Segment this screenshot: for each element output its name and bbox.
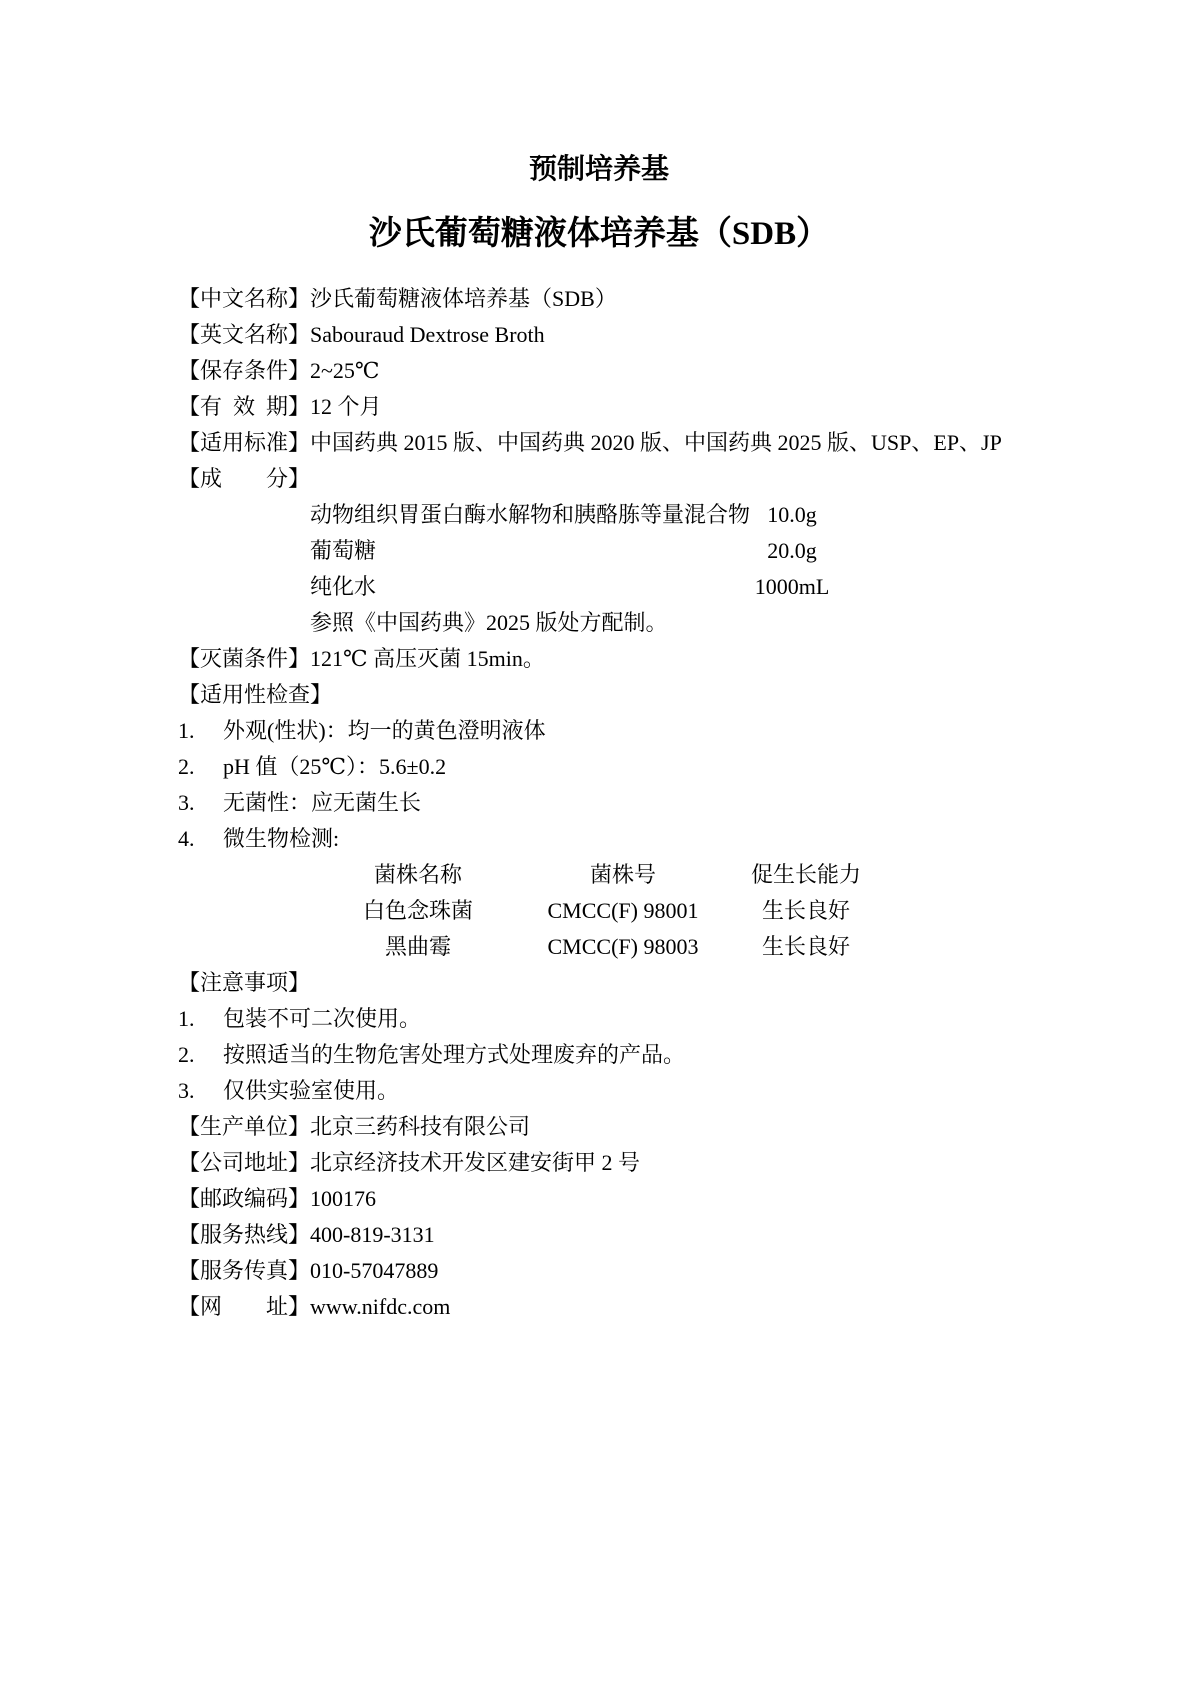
field-label: 【保存条件】 xyxy=(178,358,310,383)
microbe-table-row: 黑曲霉 CMCC(F) 98003 生长良好 xyxy=(178,929,1040,965)
item-number: 1. xyxy=(178,713,223,749)
item-text: 按照适当的生物危害处理方式处理废弃的产品。 xyxy=(223,1042,685,1067)
cell-strain-name: 白色念珠菌 xyxy=(308,893,528,929)
field-label: 【邮政编码】 xyxy=(178,1186,310,1211)
cell-growth-result: 生长良好 xyxy=(696,929,916,965)
field-label: 【中文名称】 xyxy=(178,286,310,311)
precautions-heading: 【注意事项】 xyxy=(178,965,1040,1001)
suitability-item: 2.pH 值（25℃）：5.6±0.2 xyxy=(178,749,1040,785)
document-body: 【中文名称】沙氏葡萄糖液体培养基（SDB） 【英文名称】Sabouraud De… xyxy=(178,281,1040,1325)
field-label: 【服务热线】 xyxy=(178,1222,310,1247)
document-subtitle: 沙氏葡萄糖液体培养基（SDB） xyxy=(178,212,1040,256)
item-text: 无菌性：应无菌生长 xyxy=(223,790,421,815)
ingredient-amount: 1000mL xyxy=(712,569,872,605)
item-text: 微生物检测: xyxy=(223,826,339,851)
field-storage-condition: 【保存条件】2~25℃ xyxy=(178,353,1040,389)
precaution-item: 2.按照适当的生物危害处理方式处理废弃的产品。 xyxy=(178,1037,1040,1073)
document-title: 预制培养基 xyxy=(178,148,1040,192)
item-text: 仅供实验室使用。 xyxy=(223,1078,399,1103)
item-number: 3. xyxy=(178,1073,223,1109)
precaution-item: 1.包装不可二次使用。 xyxy=(178,1001,1040,1037)
field-value: 121℃ 高压灭菌 15min。 xyxy=(310,646,545,671)
field-value: 12 个月 xyxy=(310,394,382,419)
column-header-growth-promotion: 促生长能力 xyxy=(696,857,916,893)
suitability-item: 3.无菌性：应无菌生长 xyxy=(178,785,1040,821)
column-header-strain-name: 菌株名称 xyxy=(308,857,528,893)
field-value: 北京三药科技有限公司 xyxy=(310,1114,530,1139)
item-number: 2. xyxy=(178,749,223,785)
field-applicable-standards: 【适用标准】中国药典 2015 版、中国药典 2020 版、中国药典 2025 … xyxy=(178,425,1040,461)
field-value: 010-57047889 xyxy=(310,1258,438,1283)
field-english-name: 【英文名称】Sabouraud Dextrose Broth xyxy=(178,317,1040,353)
item-number: 2. xyxy=(178,1037,223,1073)
ingredient-name: 纯化水 xyxy=(310,574,376,599)
item-number: 1. xyxy=(178,1001,223,1037)
item-text: 包装不可二次使用。 xyxy=(223,1006,421,1031)
field-sterilization: 【灭菌条件】121℃ 高压灭菌 15min。 xyxy=(178,641,1040,677)
field-label: 【网 址】 xyxy=(178,1294,310,1319)
field-value: www.nifdc.com xyxy=(310,1294,450,1319)
field-label: 【服务传真】 xyxy=(178,1258,310,1283)
field-chinese-name: 【中文名称】沙氏葡萄糖液体培养基（SDB） xyxy=(178,281,1040,317)
item-number: 4. xyxy=(178,821,223,857)
ingredient-name: 葡萄糖 xyxy=(310,538,376,563)
field-value: 沙氏葡萄糖液体培养基（SDB） xyxy=(310,286,617,311)
field-service-fax: 【服务传真】010-57047889 xyxy=(178,1253,1040,1289)
field-shelf-life: 【有 效 期】12 个月 xyxy=(178,389,1040,425)
microbe-table-row: 白色念珠菌 CMCC(F) 98001 生长良好 xyxy=(178,893,1040,929)
field-value: 中国药典 2015 版、中国药典 2020 版、中国药典 2025 版、USP、… xyxy=(310,430,1002,455)
field-website: 【网 址】www.nifdc.com xyxy=(178,1289,1040,1325)
field-label: 【公司地址】 xyxy=(178,1150,310,1175)
field-label: 【成 分】 xyxy=(178,466,310,491)
ingredient-name: 动物组织胃蛋白酶水解物和胰酪胨等量混合物 xyxy=(310,502,750,527)
field-label: 【英文名称】 xyxy=(178,322,310,347)
field-value: 北京经济技术开发区建安街甲 2 号 xyxy=(310,1150,640,1175)
composition-note: 参照《中国药典》2025 版处方配制。 xyxy=(178,605,1040,641)
item-text: pH 值（25℃）：5.6±0.2 xyxy=(223,754,446,779)
field-service-hotline: 【服务热线】400-819-3131 xyxy=(178,1217,1040,1253)
ingredient-amount: 20.0g xyxy=(712,533,872,569)
field-label: 【有 效 期】 xyxy=(178,394,310,419)
field-composition-heading: 【成 分】 xyxy=(178,461,1040,497)
field-manufacturer: 【生产单位】北京三药科技有限公司 xyxy=(178,1109,1040,1145)
field-label: 【适用标准】 xyxy=(178,430,310,455)
field-value: Sabouraud Dextrose Broth xyxy=(310,322,545,347)
field-label: 【生产单位】 xyxy=(178,1114,310,1139)
item-number: 3. xyxy=(178,785,223,821)
suitability-item: 4.微生物检测: xyxy=(178,821,1040,857)
document-content: 预制培养基 沙氏葡萄糖液体培养基（SDB） 【中文名称】沙氏葡萄糖液体培养基（S… xyxy=(0,0,1190,1325)
cell-strain-name: 黑曲霉 xyxy=(308,929,528,965)
ingredient-amount: 10.0g xyxy=(712,497,872,533)
field-company-address: 【公司地址】北京经济技术开发区建安街甲 2 号 xyxy=(178,1145,1040,1181)
ingredient-row: 动物组织胃蛋白酶水解物和胰酪胨等量混合物10.0g xyxy=(178,497,1040,533)
field-label: 【灭菌条件】 xyxy=(178,646,310,671)
cell-growth-result: 生长良好 xyxy=(696,893,916,929)
precaution-item: 3.仅供实验室使用。 xyxy=(178,1073,1040,1109)
ingredient-row: 纯化水1000mL xyxy=(178,569,1040,605)
field-value: 2~25℃ xyxy=(310,358,380,383)
ingredient-row: 葡萄糖20.0g xyxy=(178,533,1040,569)
field-postal-code: 【邮政编码】100176 xyxy=(178,1181,1040,1217)
suitability-item: 1.外观(性状)：均一的黄色澄明液体 xyxy=(178,713,1040,749)
microbe-table-header: 菌株名称 菌株号 促生长能力 xyxy=(178,857,1040,893)
document-page: 预制培养基 沙氏葡萄糖液体培养基（SDB） 【中文名称】沙氏葡萄糖液体培养基（S… xyxy=(0,0,1190,1683)
suitability-heading: 【适用性检查】 xyxy=(178,677,1040,713)
item-text: 外观(性状)：均一的黄色澄明液体 xyxy=(223,718,546,743)
field-value: 400-819-3131 xyxy=(310,1222,435,1247)
field-value: 100176 xyxy=(310,1186,376,1211)
